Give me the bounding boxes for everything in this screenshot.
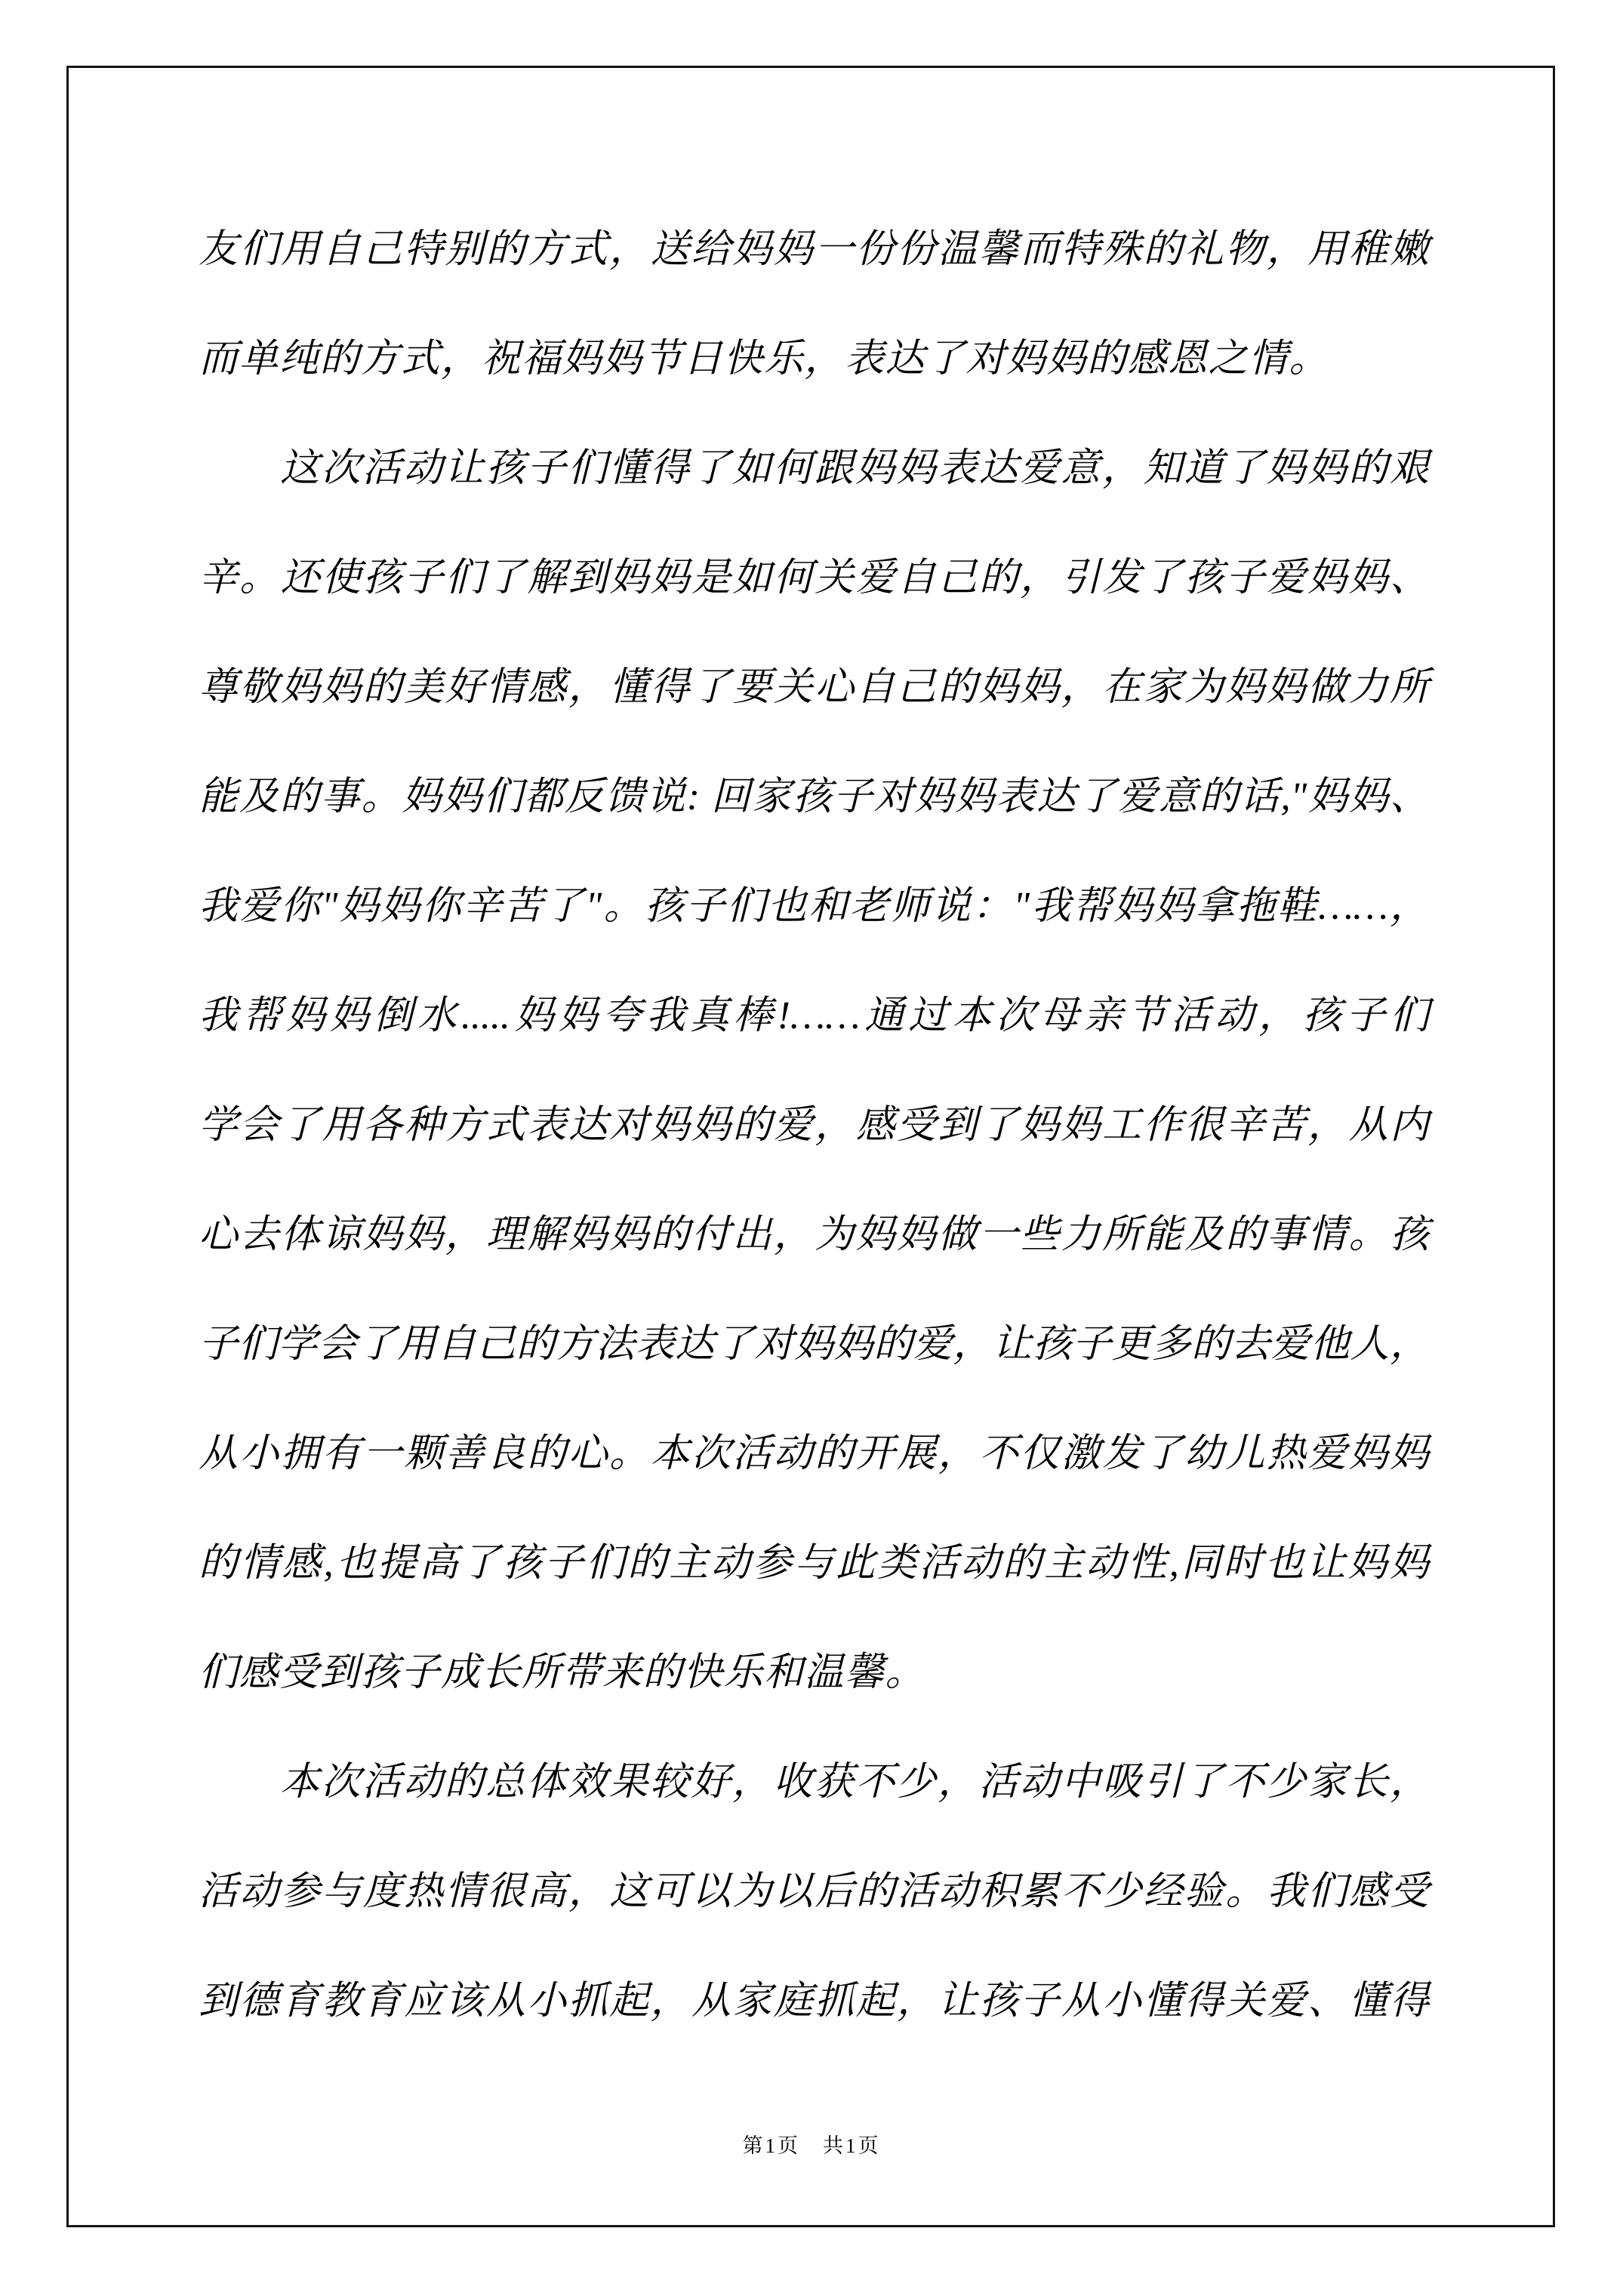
text-line: 到德育教育应该从小抓起，从家庭抓起，让孩子从小懂得关爱、懂得 (199, 1946, 1429, 2056)
text-line: 这次活动让孩子们懂得了如何跟妈妈表达爱意，知道了妈妈的艰 (199, 414, 1429, 523)
text-line: 辛。还使孩子们了解到妈妈是如何关爱自己的，引发了孩子爱妈妈、 (199, 523, 1429, 633)
text-line: 心去体谅妈妈，理解妈妈的付出，为妈妈做一些力所能及的事情。孩 (199, 1180, 1429, 1290)
text-line: 尊敬妈妈的美好情感，懂得了要关心自己的妈妈，在家为妈妈做力所 (199, 633, 1429, 742)
text-line: 本次活动的总体效果较好，收获不少，活动中吸引了不少家长， (199, 1727, 1429, 1837)
text-line: 友们用自己特别的方式，送给妈妈一份份温馨而特殊的礼物，用稚嫩 (199, 195, 1429, 304)
text-line: 而单纯的方式，祝福妈妈节日快乐，表达了对妈妈的感恩之情。 (199, 304, 1429, 414)
text-line: 们感受到孩子成长所带来的快乐和温馨。 (199, 1618, 1429, 1727)
text-line: 从小拥有一颗善良的心。本次活动的开展，不仅激发了幼儿热爱妈妈 (199, 1399, 1429, 1509)
text-line: 学会了用各种方式表达对妈妈的爱，感受到了妈妈工作很辛苦，从内 (199, 1071, 1429, 1180)
page-footer: 第1页 共1页 (0, 2129, 1623, 2159)
document-page: { "page": { "footer": "第1页 共1页" }, "docu… (0, 0, 1623, 2296)
document-body: 友们用自己特别的方式，送给妈妈一份份温馨而特殊的礼物，用稚嫩 而单纯的方式，祝福… (199, 195, 1429, 2056)
text-line: 子们学会了用自己的方法表达了对妈妈的爱，让孩子更多的去爱他人， (199, 1290, 1429, 1399)
text-line: 活动参与度热情很高，这可以为以后的活动积累不少经验。我们感受 (199, 1837, 1429, 1946)
text-line: 能及的事。妈妈们都反馈说: 回家孩子对妈妈表达了爱意的话,"妈妈、 (199, 742, 1429, 852)
text-line: 的情感,也提高了孩子们的主动参与此类活动的主动性,同时也让妈妈 (199, 1509, 1429, 1618)
text-line: 我帮妈妈倒水.....妈妈夸我真棒!……通过本次母亲节活动，孩子们 (199, 961, 1429, 1071)
text-line: 我爱你"妈妈你辛苦了"。孩子们也和老师说："我帮妈妈拿拖鞋……， (199, 852, 1429, 961)
